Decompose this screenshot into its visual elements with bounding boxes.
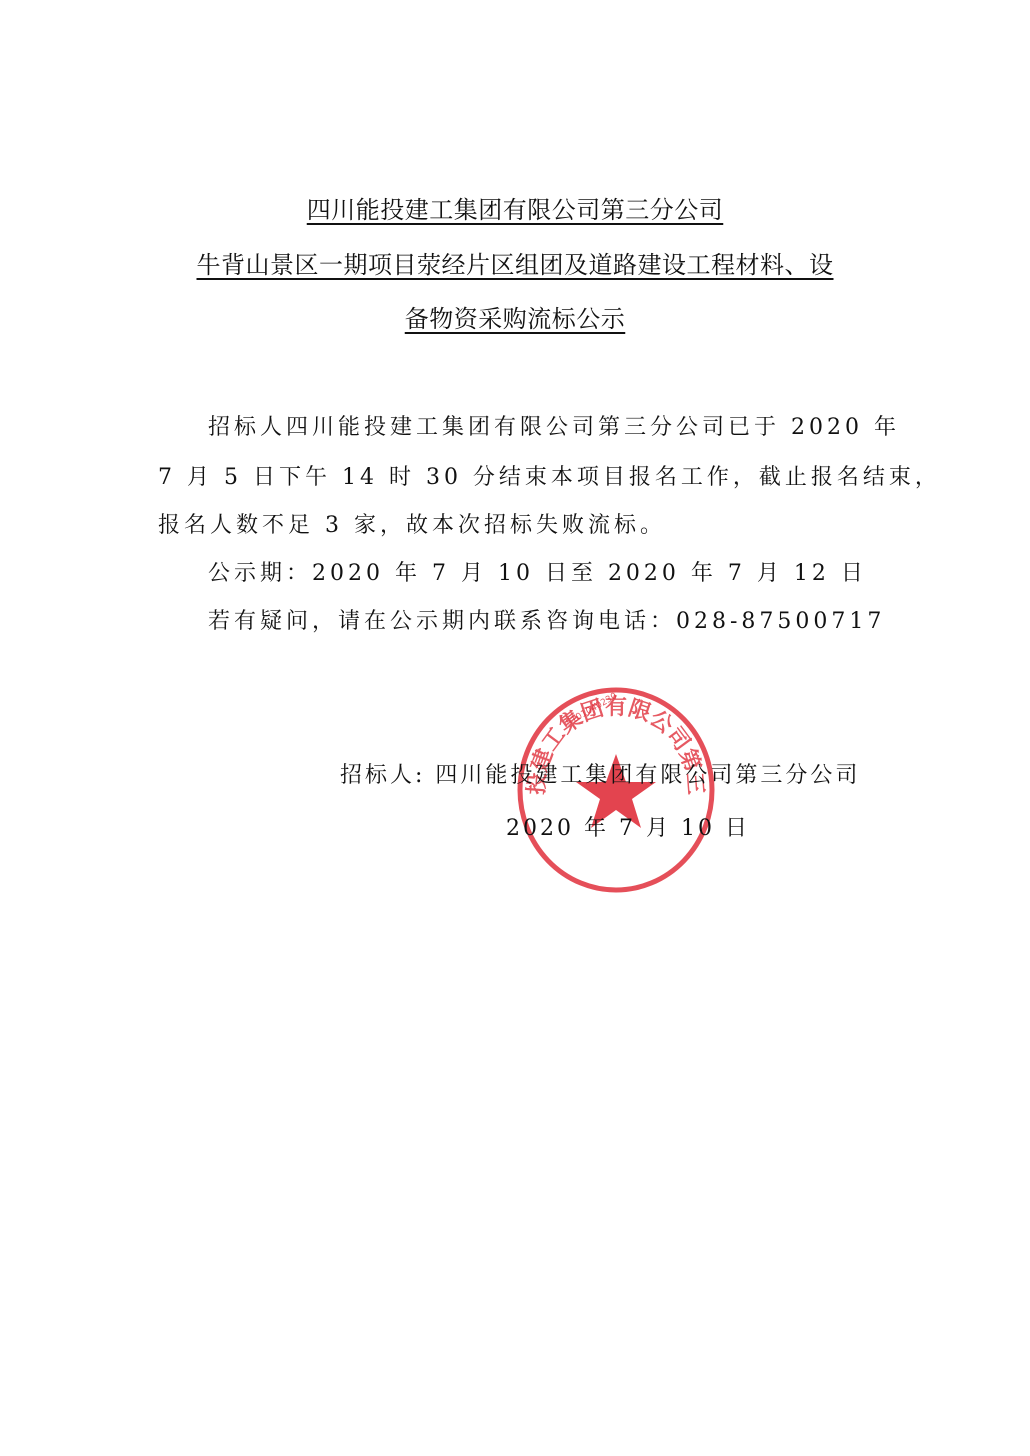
body-paragraph-line-1: 招标人四川能投建工集团有限公司第三分公司已于 2020 年 [208, 410, 900, 441]
title-line-3: 备物资采购流标公示 [0, 299, 1030, 334]
publicity-period: 公示期：2020 年 7 月 10 日至 2020 年 7 月 12 日 [208, 556, 867, 587]
title-line-2: 牛背山景区一期项目荥经片区组团及道路建设工程材料、设 [0, 245, 1030, 280]
title-line-1: 四川能投建工集团有限公司第三分公司 [0, 190, 1030, 225]
body-paragraph-line-2: 7 月 5 日下午 14 时 30 分结束本项目报名工作，截止报名结束， [158, 460, 941, 491]
body-paragraph-line-3: 报名人数不足 3 家，故本次招标失败流标。 [158, 508, 666, 539]
issuer-signature: 招标人: 四川能投建工集团有限公司第三分公司 [340, 758, 860, 789]
contact-phone: 若有疑问，请在公示期内联系咨询电话：028-87500717 [208, 604, 885, 635]
company-seal-stamp: 四川能投建工集团有限公司第三分公司 5101040230 [516, 686, 716, 894]
issue-date: 2020 年 7 月 10 日 [506, 811, 750, 842]
